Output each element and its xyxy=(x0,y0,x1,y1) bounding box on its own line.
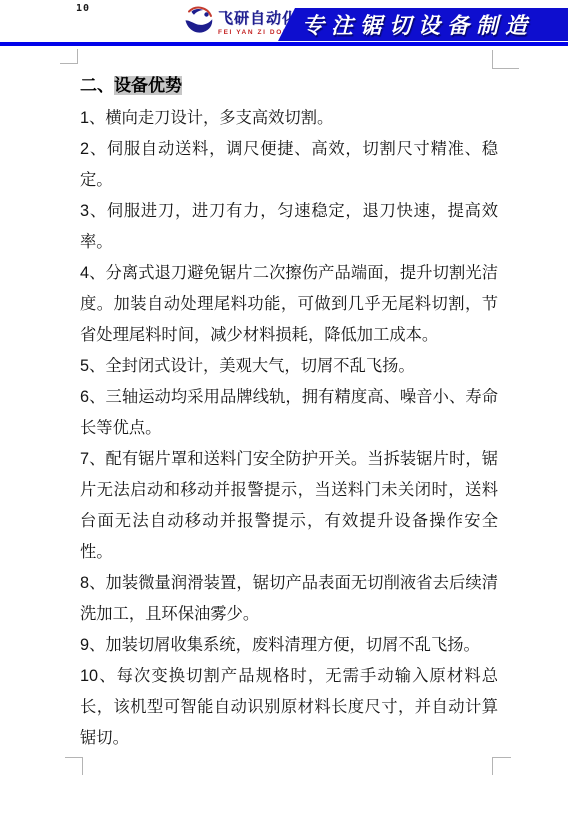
crop-mark-bottom-right xyxy=(492,757,511,775)
crop-mark-bottom-left xyxy=(65,757,83,775)
list-item: 3、伺服进刀，进刀有力，匀速稳定，退刀快速，提高效率。 xyxy=(80,196,498,258)
header-banner: 专注锯切设备制造 xyxy=(278,8,568,41)
advantage-list: 1、横向走刀设计，多支高效切割。 2、伺服自动送料，调尺便捷、高效，切割尺寸精准… xyxy=(80,103,498,754)
crop-mark-top-left xyxy=(60,49,78,64)
list-item: 1、横向走刀设计，多支高效切割。 xyxy=(80,103,498,134)
logo-swoosh-icon xyxy=(182,5,216,39)
header-rule-line xyxy=(0,42,568,46)
page-number: 10 xyxy=(76,3,90,14)
list-item: 6、三轴运动均采用品牌线轨，拥有精度高、噪音小、寿命长等优点。 xyxy=(80,382,498,444)
list-item: 9、加装切屑收集系统，废料清理方便，切屑不乱飞扬。 xyxy=(80,630,498,661)
crop-mark-top-right xyxy=(492,50,519,69)
banner-slogan: 专注锯切设备制造 xyxy=(302,9,534,40)
heading-prefix: 二、 xyxy=(80,76,114,95)
list-item: 4、分离式退刀避免锯片二次擦伤产品端面，提升切割光洁度。加装自动处理尾料功能，可… xyxy=(80,258,498,351)
list-item: 8、加装微量润滑装置，锯切产品表面无切削液省去后续清洗加工，且环保油雾少。 xyxy=(80,568,498,630)
section-heading: 二、设备优势 xyxy=(80,75,498,96)
list-item: 10、每次变换切割产品规格时，无需手动输入原材料总长，该机型可智能自动识别原材料… xyxy=(80,661,498,754)
document-content: 二、设备优势 1、横向走刀设计，多支高效切割。 2、伺服自动送料，调尺便捷、高效… xyxy=(80,75,498,754)
list-item: 5、全封闭式设计，美观大气，切屑不乱飞扬。 xyxy=(80,351,498,382)
list-item: 2、伺服自动送料，调尺便捷、高效，切割尺寸精准、稳定。 xyxy=(80,134,498,196)
heading-highlight: 设备优势 xyxy=(114,76,182,95)
list-item: 7、配有锯片罩和送料门安全防护开关。当拆装锯片时，锯片无法启动和移动并报警提示，… xyxy=(80,444,498,568)
document-page: { "page_number": "10", "header": { "logo… xyxy=(0,0,568,815)
